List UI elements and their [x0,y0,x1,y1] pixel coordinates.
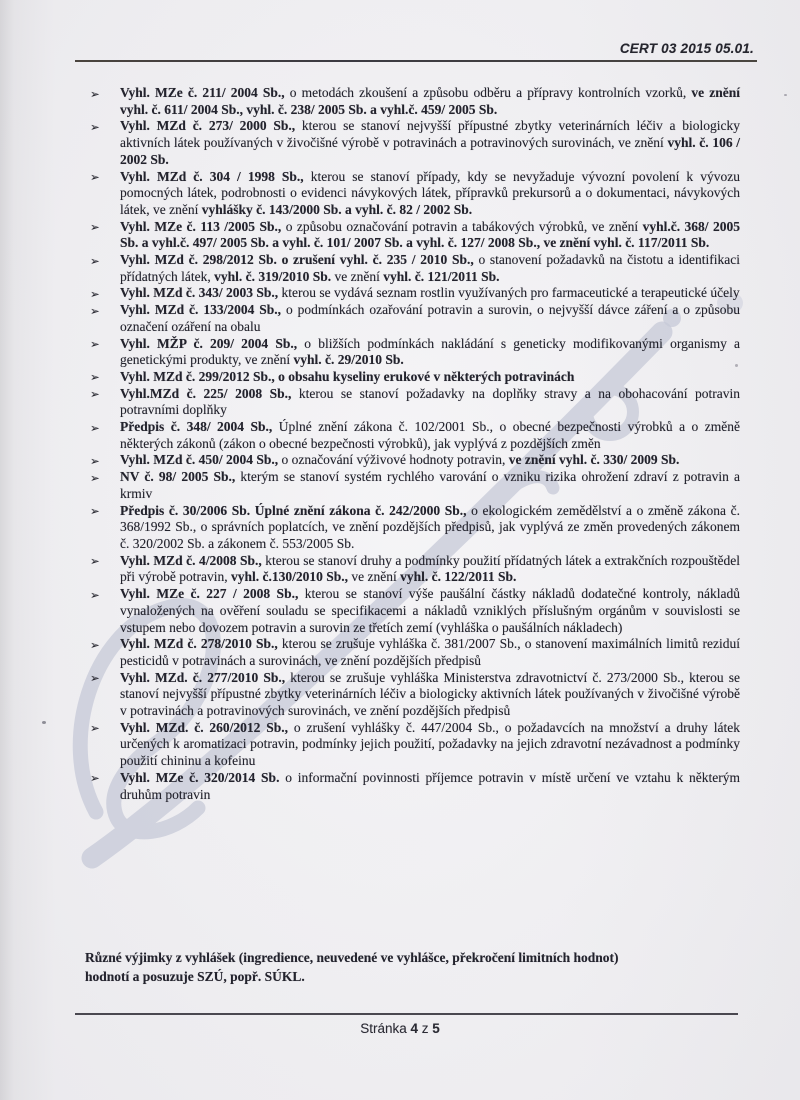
page-separator: z [422,1021,429,1036]
list-item: ➢Vyhl. MZd č. 278/2010 Sb., kterou se zr… [88,636,740,669]
list-item-text: Vyhl. MZe č. 227 / 2008 Sb., kterou se s… [120,586,740,634]
list-item-text: Vyhl. MZd č. 450/ 2004 Sb., o označování… [120,452,679,467]
arrow-bullet-icon: ➢ [90,720,100,737]
list-item-text: Vyhl. MZd č. 4/2008 Sb., kterou se stano… [120,553,740,585]
exceptions-note-line1: Různé výjimky z vyhlášek (ingredience, n… [85,950,619,965]
arrow-bullet-icon: ➢ [90,219,100,236]
arrow-bullet-icon: ➢ [90,453,100,470]
list-item: ➢Vyhl. MZd č. 133/2004 Sb., o podmínkách… [88,302,740,335]
list-item-text: Vyhl. MZe č. 211/ 2004 Sb., o metodách z… [120,85,740,117]
list-item-text: Vyhl. MZd. č. 277/2010 Sb., kterou se zr… [120,670,740,718]
list-item: ➢Vyhl. MZd č. 273/ 2000 Sb., kterou se s… [88,118,740,168]
list-item: ➢Vyhl. MŽP č. 209/ 2004 Sb., o bližších … [88,336,740,369]
list-item: ➢Předpis č. 348/ 2004 Sb., Úplné znění z… [88,419,740,452]
list-item-text: Vyhl. MZd. č. 260/2012 Sb., o zrušení vy… [120,720,740,768]
list-item-text: Vyhl. MZd č. 273/ 2000 Sb., kterou se st… [120,118,740,166]
arrow-bullet-icon: ➢ [90,503,100,520]
list-item: ➢Vyhl. MZe č. 227 / 2008 Sb., kterou se … [88,586,740,636]
list-item-text: Vyhl. MZd č. 133/2004 Sb., o podmínkách … [120,302,740,334]
page-number: 4 [410,1021,418,1036]
arrow-bullet-icon: ➢ [90,470,100,487]
doc-code-header: CERT 03 2015 05.01. [620,41,754,56]
list-item-text: Vyhl. MZd č. 298/2012 Sb. o zrušení vyhl… [120,252,740,284]
list-item: ➢Vyhl. MZd č. 4/2008 Sb., kterou se stan… [88,553,740,586]
scan-speck [784,94,787,96]
page-total: 5 [432,1021,440,1036]
page-footer: Stránka 4 z 5 [0,1021,800,1036]
arrow-bullet-icon: ➢ [90,587,100,604]
arrow-bullet-icon: ➢ [90,253,100,270]
list-item-text: Vyhl.MZd č. 225/ 2008 Sb., kterou se sta… [120,386,740,418]
list-item-text: Vyhl. MŽP č. 209/ 2004 Sb., o bližších p… [120,336,740,368]
list-item-text: Vyhl. MZd č. 304 / 1998 Sb., kterou se s… [120,169,740,217]
list-item: ➢Vyhl. MZe č. 113 /2005 Sb., o způsobu o… [88,219,740,252]
header-rule [75,60,757,62]
arrow-bullet-icon: ➢ [90,637,100,654]
list-item-text: NV č. 98/ 2005 Sb., kterým se stanoví sy… [120,469,740,501]
arrow-bullet-icon: ➢ [90,770,100,787]
arrow-bullet-icon: ➢ [90,169,100,186]
exceptions-note-line2: hodnotí a posuzuje SZÚ, popř. SÚKL. [85,969,305,984]
arrow-bullet-icon: ➢ [90,553,100,570]
footer-rule [75,1013,738,1015]
arrow-bullet-icon: ➢ [90,286,100,303]
regulation-list: ➢Vyhl. MZe č. 211/ 2004 Sb., o metodách … [88,85,740,803]
list-item: ➢Vyhl. MZd č. 299/2012 Sb., o obsahu kys… [88,369,740,386]
list-item-text: Předpis č. 348/ 2004 Sb., Úplné znění zá… [120,419,740,451]
exceptions-note: Různé výjimky z vyhlášek (ingredience, n… [85,948,743,986]
document-page: CERT 03 2015 05.01. ➢Vyhl. MZe č. 211/ 2… [0,0,800,1100]
arrow-bullet-icon: ➢ [90,303,100,320]
list-item: ➢Vyhl. MZd. č. 260/2012 Sb., o zrušení v… [88,720,740,770]
list-item-text: Vyhl. MZe č. 320/2014 Sb. o informační p… [120,770,740,802]
arrow-bullet-icon: ➢ [90,119,100,136]
page-label: Stránka [360,1021,407,1036]
arrow-bullet-icon: ➢ [90,86,100,103]
arrow-bullet-icon: ➢ [90,670,100,687]
list-item: ➢Vyhl. MZe č. 320/2014 Sb. o informační … [88,770,740,803]
list-item: ➢Vyhl. MZd č. 343/ 2003 Sb., kterou se v… [88,285,740,302]
list-item-text: Vyhl. MZd č. 299/2012 Sb., o obsahu kyse… [120,369,574,384]
list-item: ➢Vyhl. MZd. č. 277/2010 Sb., kterou se z… [88,670,740,720]
list-item: ➢Předpis č. 30/2006 Sb. Úplné znění záko… [88,503,740,553]
list-item: ➢Vyhl. MZe č. 211/ 2004 Sb., o metodách … [88,85,740,118]
list-item: ➢Vyhl. MZd č. 298/2012 Sb. o zrušení vyh… [88,252,740,285]
arrow-bullet-icon: ➢ [90,336,100,353]
arrow-bullet-icon: ➢ [90,420,100,437]
list-item: ➢NV č. 98/ 2005 Sb., kterým se stanoví s… [88,469,740,502]
list-item: ➢Vyhl. MZd č. 450/ 2004 Sb., o označován… [88,452,740,469]
list-item-text: Předpis č. 30/2006 Sb. Úplné znění zákon… [120,503,740,551]
scan-speck [42,721,46,724]
arrow-bullet-icon: ➢ [90,369,100,386]
list-item: ➢Vyhl.MZd č. 225/ 2008 Sb., kterou se st… [88,386,740,419]
arrow-bullet-icon: ➢ [90,386,100,403]
list-item-text: Vyhl. MZd č. 278/2010 Sb., kterou se zru… [120,636,740,668]
list-item-text: Vyhl. MZe č. 113 /2005 Sb., o způsobu oz… [120,219,740,251]
list-item-text: Vyhl. MZd č. 343/ 2003 Sb., kterou se vy… [120,285,740,300]
list-item: ➢Vyhl. MZd č. 304 / 1998 Sb., kterou se … [88,169,740,219]
